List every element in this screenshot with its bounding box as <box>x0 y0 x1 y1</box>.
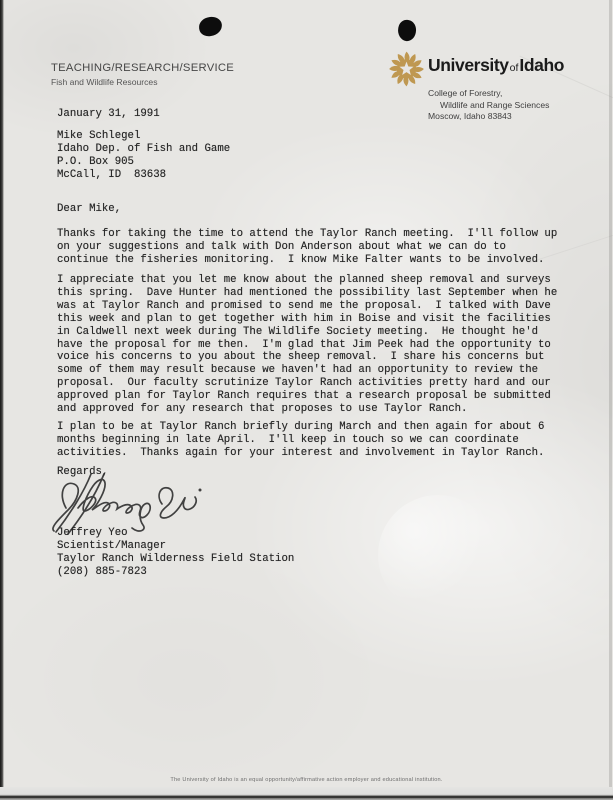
college-line-2: Wildlife and Range Sciences <box>440 100 564 112</box>
body-paragraph-1: Thanks for taking the time to attend the… <box>57 228 557 267</box>
equal-opportunity-disclaimer: The University of Idaho is an equal oppo… <box>0 777 613 783</box>
university-wordmark: University of Idaho <box>428 55 564 76</box>
salutation: Dear Mike, <box>57 203 121 216</box>
program-subtitle: Fish and Wildlife Resources <box>51 77 234 87</box>
hole-punch-mark-right <box>396 19 417 43</box>
college-line-3: Moscow, Idaho 83843 <box>428 111 564 123</box>
university-letterhead: University of Idaho College of Forestry,… <box>388 50 564 123</box>
letterhead-program: TEACHING/RESEARCH/SERVICE Fish and Wildl… <box>51 62 234 87</box>
paper-ghost-mark <box>378 495 498 615</box>
program-title: TEACHING/RESEARCH/SERVICE <box>51 62 234 74</box>
university-of-idaho-sunburst-icon <box>388 50 425 88</box>
recipient-address: Mike Schlegel Idaho Dep. of Fish and Gam… <box>57 130 230 182</box>
scan-edge-left <box>0 0 4 800</box>
wordmark-idaho: Idaho <box>519 55 564 76</box>
scan-edge-right <box>609 0 612 800</box>
scan-edge-bottom <box>0 787 613 800</box>
letter-date: January 31, 1991 <box>57 108 160 121</box>
hole-punch-mark-left <box>198 15 223 37</box>
body-paragraph-2: I appreciate that you let me know about … <box>57 274 557 416</box>
wordmark-university: University <box>428 55 509 76</box>
letterhead-address: College of Forestry, Wildlife and Range … <box>428 88 564 123</box>
college-line-1: College of Forestry, <box>428 88 564 100</box>
scanned-letter-page: TEACHING/RESEARCH/SERVICE Fish and Wildl… <box>0 0 613 800</box>
signer-block: Jeffrey Yeo Scientist/Manager Taylor Ran… <box>57 527 294 579</box>
wordmark-of: of <box>510 62 519 74</box>
body-paragraph-3: I plan to be at Taylor Ranch briefly dur… <box>57 421 544 460</box>
